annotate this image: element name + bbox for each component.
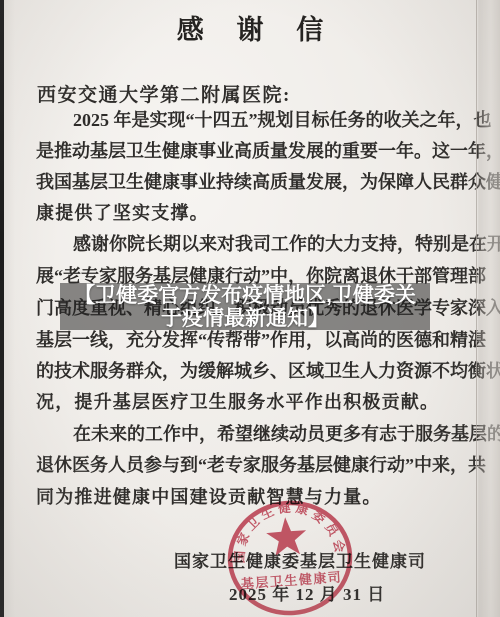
letter-salutation: 西安交通大学第二附属医院:: [37, 80, 291, 107]
scanned-letter-page: 感 谢 信 西安交通大学第二附属医院: 2025 年是实现“十四五”规划目标任务…: [0, 0, 500, 617]
body-line: 我国基层卫生健康事业持续高质量发展，为保障人民群众健: [36, 171, 464, 197]
star-icon: [265, 516, 308, 557]
left-scan-edge: [0, 0, 4, 617]
body-line: 康提供了坚实支撑。: [36, 202, 464, 228]
body-line: 感谢你院长期以来对我司工作的大力支持，特别是在开: [36, 233, 464, 259]
body-line: 在未来的工作中，希望继续动员更多有志于服务基层的: [36, 423, 464, 449]
body-line: 况，提升基层医疗卫生服务水平作出积极贡献。: [36, 391, 464, 417]
body-line: 退休医务人员参与到“老专家服务基层健康行动”中来，共: [36, 454, 464, 480]
caption-overlay: 【卫健委官方发布疫情地区,卫健委关 于疫情最新通知】: [60, 283, 430, 330]
body-line: 的技术服务群众，为缓解城乡、区域卫生人力资源不均衡状: [36, 360, 464, 386]
caption-overlay-line-1: 【卫健委官方发布疫情地区,卫健委关: [74, 284, 416, 307]
seal-bottom-text: 基层卫生健康司: [240, 569, 342, 591]
body-line: 基层一线，充分发挥“传帮带”作用，以高尚的医德和精湛: [36, 329, 464, 355]
caption-overlay-line-2: 于疫情最新通知】: [161, 307, 329, 330]
page-fold-shadow: [476, 0, 500, 617]
body-line: 是推动基层卫生健康事业高质量发展的重要一年。这一年，: [36, 140, 464, 166]
body-line: 2025 年是实现“十四五”规划目标任务的收关之年，也: [36, 109, 464, 135]
letter-title: 感 谢 信: [0, 8, 500, 47]
official-seal-stamp: 国家卫生健康委员会 基层卫生健康司: [226, 500, 356, 617]
